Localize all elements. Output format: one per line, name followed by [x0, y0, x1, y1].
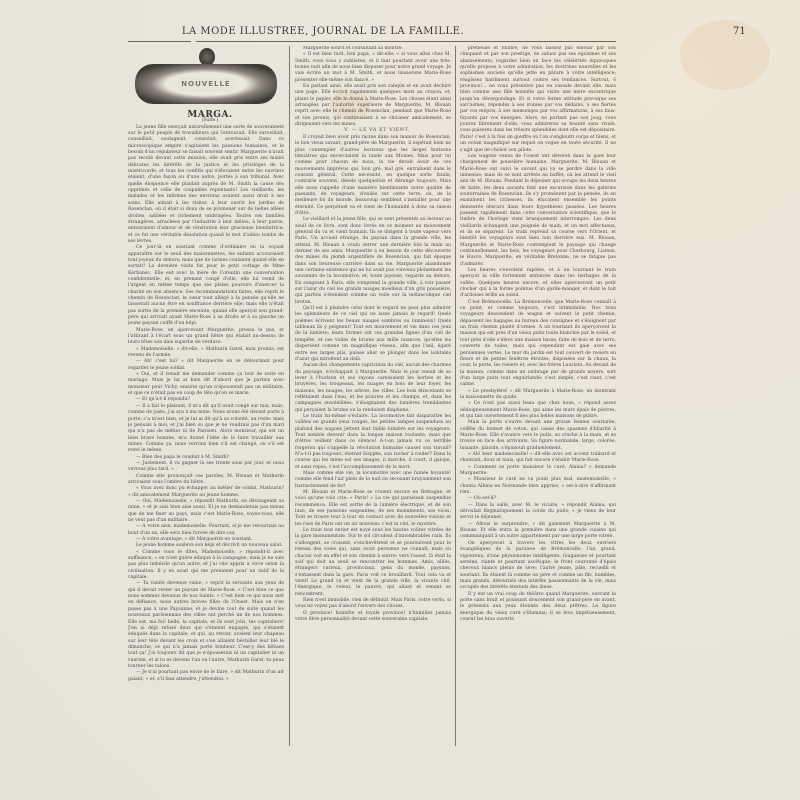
paragraph: — Ta vanité devenue vaine, » reprit la s… — [128, 581, 284, 670]
paragraph: « Oui, et il venait me demander comme ça… — [128, 372, 284, 397]
header-rule — [196, 41, 616, 42]
paragraph: Rien n'est immobile, rien de définitif. … — [295, 598, 451, 611]
scanned-page: LA MODE ILLUSTREE, JOURNAL DE LA FAMILLE… — [0, 0, 800, 800]
paragraph: — Il a fait le plaisant, il m'a dit qu'i… — [128, 404, 284, 455]
paragraph: Mais comme elle vie, la locomotive avec … — [295, 471, 451, 490]
paragraph: Les wagons venus de l'ouest ont déversé … — [460, 154, 616, 268]
paragraph: Mais la porte s'ouvre devant une grosse … — [460, 420, 616, 452]
paragraph: Le train lui-même s'éclaire. La locomoti… — [295, 414, 451, 471]
paragraph: « Ce n'est pas aussi beau que chez nous,… — [460, 401, 616, 420]
paragraph: Il y eut un vrai coup de théâtre quand M… — [460, 592, 616, 624]
column-3: prétieuse et folâtre, ne vous laissez pa… — [460, 46, 616, 746]
column-2-body: Marguerite sourit et consultant sa montr… — [295, 46, 451, 623]
paragraph: M. Blouan et Marie-Rose se croient encor… — [295, 490, 451, 528]
column-2: Marguerite sourit et consultant sa montr… — [295, 46, 451, 746]
paragraph: Marie-Rose, en apercevant Marguerite, pr… — [128, 328, 284, 347]
column-divider — [289, 46, 290, 746]
paragraph: Ce jour-là en souriant comme d'ordinaire… — [128, 245, 284, 327]
paragraph: Aucun des changements capricieux du ciel… — [295, 363, 451, 414]
paragraph: « Monsieur le curé ne va point plus mal,… — [460, 477, 616, 496]
vignette-label: NOUVELLE — [176, 78, 236, 91]
paragraph: On aperçevait à travers les vitres les d… — [460, 541, 616, 592]
page-number: 71 — [733, 26, 746, 37]
paragraph: Qu'il est à plaindre celui dont le regar… — [295, 306, 451, 363]
column-1-body: La jeune fille exerçait naturellement un… — [128, 125, 284, 683]
paragraph: Comme elle prononçait ces paroles, M. Bl… — [128, 474, 284, 487]
running-title: LA MODE ILLUSTREE, JOURNAL DE LA FAMILLE… — [173, 26, 473, 37]
paper-stain — [680, 20, 770, 90]
paragraph: — Ah! c'est lui? » dit Marguerite en se … — [128, 359, 284, 372]
paragraph: « Comme vous le dites, Mademoiselle, » r… — [128, 550, 284, 582]
column-divider — [455, 46, 456, 746]
nouvelle-vignette: NOUVELLE — [131, 46, 281, 108]
paragraph: C'est Brémoncelle. La Brémoncelle, que M… — [460, 300, 616, 389]
column-1: NOUVELLE MARGA. (Suite.) La jeune fille … — [128, 46, 284, 746]
paragraph: — A votre aise, mademoiselle. Pourtant, … — [128, 524, 284, 537]
column-3-body: prétieuse et folâtre, ne vous laissez pa… — [460, 46, 616, 623]
header-rule — [128, 41, 191, 42]
paragraph: — Justement, il va gagner là ses trente … — [128, 461, 284, 474]
paragraph: Le train tout entier est noyé sous les h… — [295, 528, 451, 598]
paragraph: « Vous avez donc pu échapper au métier d… — [128, 486, 284, 499]
paragraph: La jeune fille exerçait naturellement un… — [128, 125, 284, 246]
paragraph: prétieuse et folâtre, ne vous laissez pa… — [460, 46, 616, 154]
paragraph: En parlant ainsi, elle avait pris son ca… — [295, 84, 451, 128]
paragraph: « Il est bien tard, bon papa, » dit-elle… — [295, 52, 451, 84]
paragraph: « Comment se porte monsieur le curé, Ala… — [460, 465, 616, 478]
paragraph: Le vieillard et la jeune fille, qui se s… — [295, 217, 451, 306]
paragraph: Il croyait bien avoir pris racine dans s… — [295, 135, 451, 217]
paragraph: Les heures s'envolent rapides, et à un t… — [460, 268, 616, 300]
paragraph: « Mademoiselle, » dit-elle, « Mathurin G… — [128, 347, 284, 360]
paragraph: « Ah! ben! mademoiselle! » dit-elle avec… — [460, 452, 616, 465]
paragraph: « Le presbytère! » dit Marguerite à Mari… — [460, 389, 616, 402]
paragraph: O province! honnête et loyale province! … — [295, 611, 451, 624]
paragraph: Le jeune homme souleva son képi et décri… — [128, 543, 284, 549]
paragraph: — Oui, Mademoiselle, » répondit Mathurin… — [128, 499, 284, 524]
paragraph: — Je n'ai pourtant pas envie de le faire… — [128, 670, 284, 683]
paragraph: — Dans la salle, avec M. le vicaire, » r… — [460, 503, 616, 522]
paragraph: — Allons le surprendre, » dit gaiement M… — [460, 522, 616, 541]
